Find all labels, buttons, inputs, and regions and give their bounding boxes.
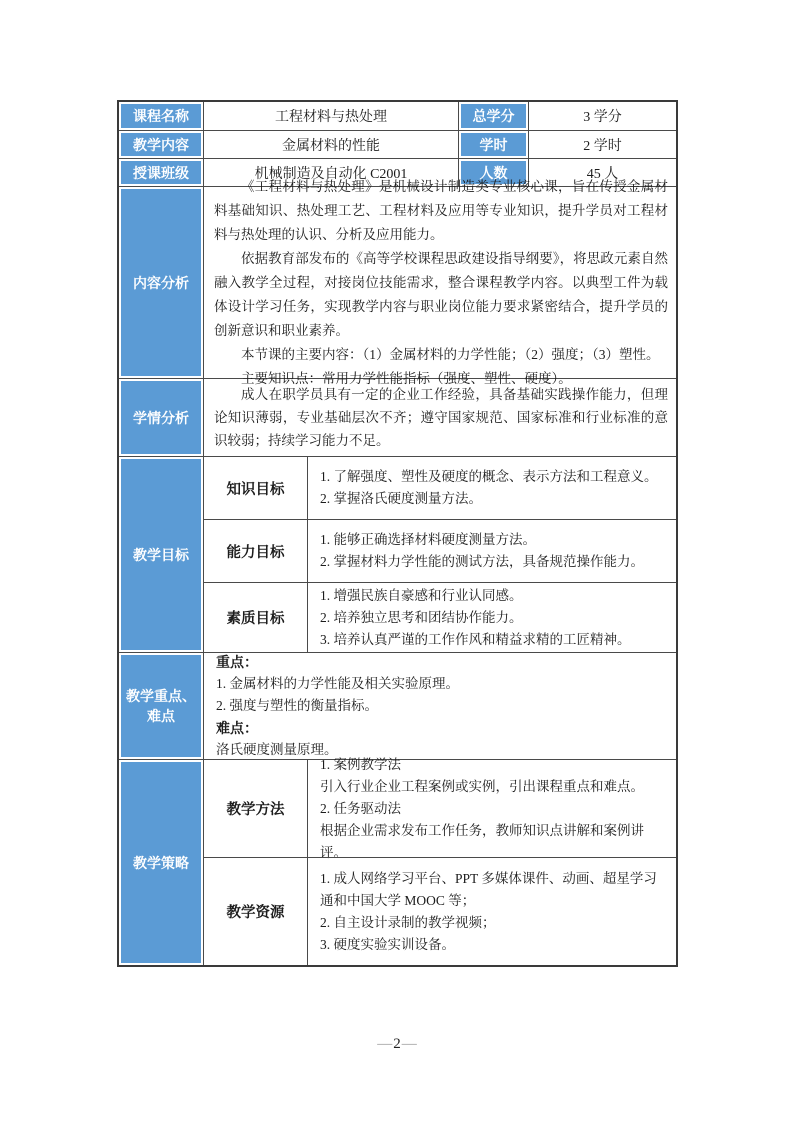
content-analysis-p3: 本节课的主要内容：（1）金属材料的力学性能；（2）强度；（3）塑性。 <box>214 343 668 367</box>
objectives-label: 教学目标 <box>121 459 201 650</box>
key-point-line: 1. 金属材料的力学性能及相关实验原理。 <box>216 673 668 695</box>
teaching-resources-label: 教学资源 <box>203 858 307 965</box>
resource-line: 2. 自主设计录制的教学视频； <box>320 912 668 934</box>
quality-objective-row: 素质目标 1. 增强民族自豪感和行业认同感。 2. 培养独立思考和团结协作能力。… <box>203 582 676 652</box>
ability-objective-label: 能力目标 <box>203 520 307 582</box>
footer-dash-left: — <box>377 1036 392 1052</box>
strategy-label: 教学策略 <box>121 762 201 963</box>
learner-analysis-label: 学情分析 <box>121 381 201 454</box>
key-points-heading: 重点： <box>216 651 668 673</box>
lesson-plan-table: 课程名称 工程材料与热处理 总学分 3 学分 教学内容 金属材料的性能 学时 2… <box>117 100 678 967</box>
class-hours-label: 学时 <box>461 133 526 156</box>
class-label: 授课班级 <box>121 161 201 184</box>
teaching-resources-text: 1. 成人网络学习平台、PPT 多媒体课件、动画、超星学习通和中国大学 MOOC… <box>307 858 676 965</box>
content-analysis-p2: 依据教育部发布的《高等学校课程思政建设指导纲要》，将思政元素自然融入教学全过程，… <box>214 247 668 343</box>
learner-analysis-label-cell: 学情分析 <box>119 379 203 456</box>
objective-line: 2. 掌握洛氏硬度测量方法。 <box>320 488 668 510</box>
teaching-resources-row: 教学资源 1. 成人网络学习平台、PPT 多媒体课件、动画、超星学习通和中国大学… <box>203 857 676 965</box>
ability-objective-row: 能力目标 1. 能够正确选择材料硬度测量方法。 2. 掌握材料力学性能的测试方法… <box>203 519 676 582</box>
teaching-methods-row: 教学方法 1. 案例教学法 引入行业企业工程案例或实例，引出课程重点和难点。 2… <box>203 760 676 857</box>
objective-line: 1. 能够正确选择材料硬度测量方法。 <box>320 529 668 551</box>
quality-objective-label: 素质目标 <box>203 583 307 652</box>
method-line: 1. 案例教学法 <box>320 754 668 776</box>
learner-analysis-p1: 成人在职学员具有一定的企业工作经验，具备基础实践操作能力，但理论知识薄弱，专业基… <box>214 383 668 452</box>
class-hours-value: 2 学时 <box>528 131 676 158</box>
method-line: 引入行业企业工程案例或实例，引出课程重点和难点。 <box>320 776 668 798</box>
content-analysis-label-cell: 内容分析 <box>119 187 203 378</box>
footer-dash-right: — <box>402 1036 417 1052</box>
objectives-row: 教学目标 知识目标 1. 了解强度、塑性及硬度的概念、表示方法和工程意义。 2.… <box>119 456 676 652</box>
total-credits-label: 总学分 <box>461 104 526 128</box>
learner-analysis-row: 学情分析 成人在职学员具有一定的企业工作经验，具备基础实践操作能力，但理论知识薄… <box>119 378 676 456</box>
lesson-plan-page: 课程名称 工程材料与热处理 总学分 3 学分 教学内容 金属材料的性能 学时 2… <box>0 0 794 1123</box>
key-points-row: 教学重点、难点 重点： 1. 金属材料的力学性能及相关实验原理。 2. 强度与塑… <box>119 652 676 759</box>
objective-line: 1. 增强民族自豪感和行业认同感。 <box>320 585 668 607</box>
difficult-points-heading: 难点： <box>216 717 668 739</box>
objective-line: 2. 掌握材料力学性能的测试方法，具备规范操作能力。 <box>320 551 668 573</box>
content-analysis-p1: 《工程材料与热处理》是机械设计制造类专业核心课，旨在传授金属材料基础知识、热处理… <box>214 175 668 247</box>
teaching-methods-label: 教学方法 <box>203 760 307 857</box>
learner-analysis-text: 成人在职学员具有一定的企业工作经验，具备基础实践操作能力，但理论知识薄弱，专业基… <box>203 379 676 456</box>
page-footer: —2— <box>0 1036 794 1053</box>
table-row: 教学内容 金属材料的性能 学时 2 学时 <box>119 130 676 158</box>
objective-line: 3. 培养认真严谨的工作作风和精益求精的工匠精神。 <box>320 629 668 651</box>
objective-line: 2. 培养独立思考和团结协作能力。 <box>320 607 668 629</box>
objectives-label-cell: 教学目标 <box>119 457 203 652</box>
strategy-label-cell: 教学策略 <box>119 760 203 965</box>
resource-line: 1. 成人网络学习平台、PPT 多媒体课件、动画、超星学习通和中国大学 MOOC… <box>320 868 668 912</box>
objectives-subrows: 知识目标 1. 了解强度、塑性及硬度的概念、表示方法和工程意义。 2. 掌握洛氏… <box>203 457 676 652</box>
strategy-row: 教学策略 教学方法 1. 案例教学法 引入行业企业工程案例或实例，引出课程重点和… <box>119 759 676 965</box>
knowledge-objective-row: 知识目标 1. 了解强度、塑性及硬度的概念、表示方法和工程意义。 2. 掌握洛氏… <box>203 457 676 519</box>
key-points-label-cell: 教学重点、难点 <box>119 653 203 759</box>
key-points-text: 重点： 1. 金属材料的力学性能及相关实验原理。 2. 强度与塑性的衡量指标。 … <box>203 653 676 759</box>
course-name-value: 工程材料与热处理 <box>203 102 458 130</box>
key-point-line: 2. 强度与塑性的衡量指标。 <box>216 695 668 717</box>
total-credits-value: 3 学分 <box>528 102 676 130</box>
knowledge-objective-text: 1. 了解强度、塑性及硬度的概念、表示方法和工程意义。 2. 掌握洛氏硬度测量方… <box>307 457 676 519</box>
content-analysis-row: 内容分析 《工程材料与热处理》是机械设计制造类专业核心课，旨在传授金属材料基础知… <box>119 186 676 378</box>
content-analysis-label: 内容分析 <box>121 189 201 376</box>
teaching-content-label-cell: 教学内容 <box>119 131 203 158</box>
course-name-label: 课程名称 <box>121 104 201 128</box>
objective-line: 1. 了解强度、塑性及硬度的概念、表示方法和工程意义。 <box>320 466 668 488</box>
knowledge-objective-label: 知识目标 <box>203 457 307 519</box>
teaching-content-label: 教学内容 <box>121 133 201 156</box>
ability-objective-text: 1. 能够正确选择材料硬度测量方法。 2. 掌握材料力学性能的测试方法，具备规范… <box>307 520 676 582</box>
course-name-label-cell: 课程名称 <box>119 102 203 130</box>
page-number: 2 <box>392 1036 402 1052</box>
teaching-content-value: 金属材料的性能 <box>203 131 458 158</box>
class-hours-label-cell: 学时 <box>458 131 528 158</box>
key-points-label: 教学重点、难点 <box>121 655 201 757</box>
method-line: 2. 任务驱动法 <box>320 798 668 820</box>
strategy-subrows: 教学方法 1. 案例教学法 引入行业企业工程案例或实例，引出课程重点和难点。 2… <box>203 760 676 965</box>
resource-line: 3. 硬度实验实训设备。 <box>320 934 668 956</box>
content-analysis-text: 《工程材料与热处理》是机械设计制造类专业核心课，旨在传授金属材料基础知识、热处理… <box>203 187 676 378</box>
total-credits-label-cell: 总学分 <box>458 102 528 130</box>
table-row: 课程名称 工程材料与热处理 总学分 3 学分 <box>119 102 676 130</box>
class-label-cell: 授课班级 <box>119 159 203 186</box>
quality-objective-text: 1. 增强民族自豪感和行业认同感。 2. 培养独立思考和团结协作能力。 3. 培… <box>307 583 676 652</box>
teaching-methods-text: 1. 案例教学法 引入行业企业工程案例或实例，引出课程重点和难点。 2. 任务驱… <box>307 760 676 857</box>
